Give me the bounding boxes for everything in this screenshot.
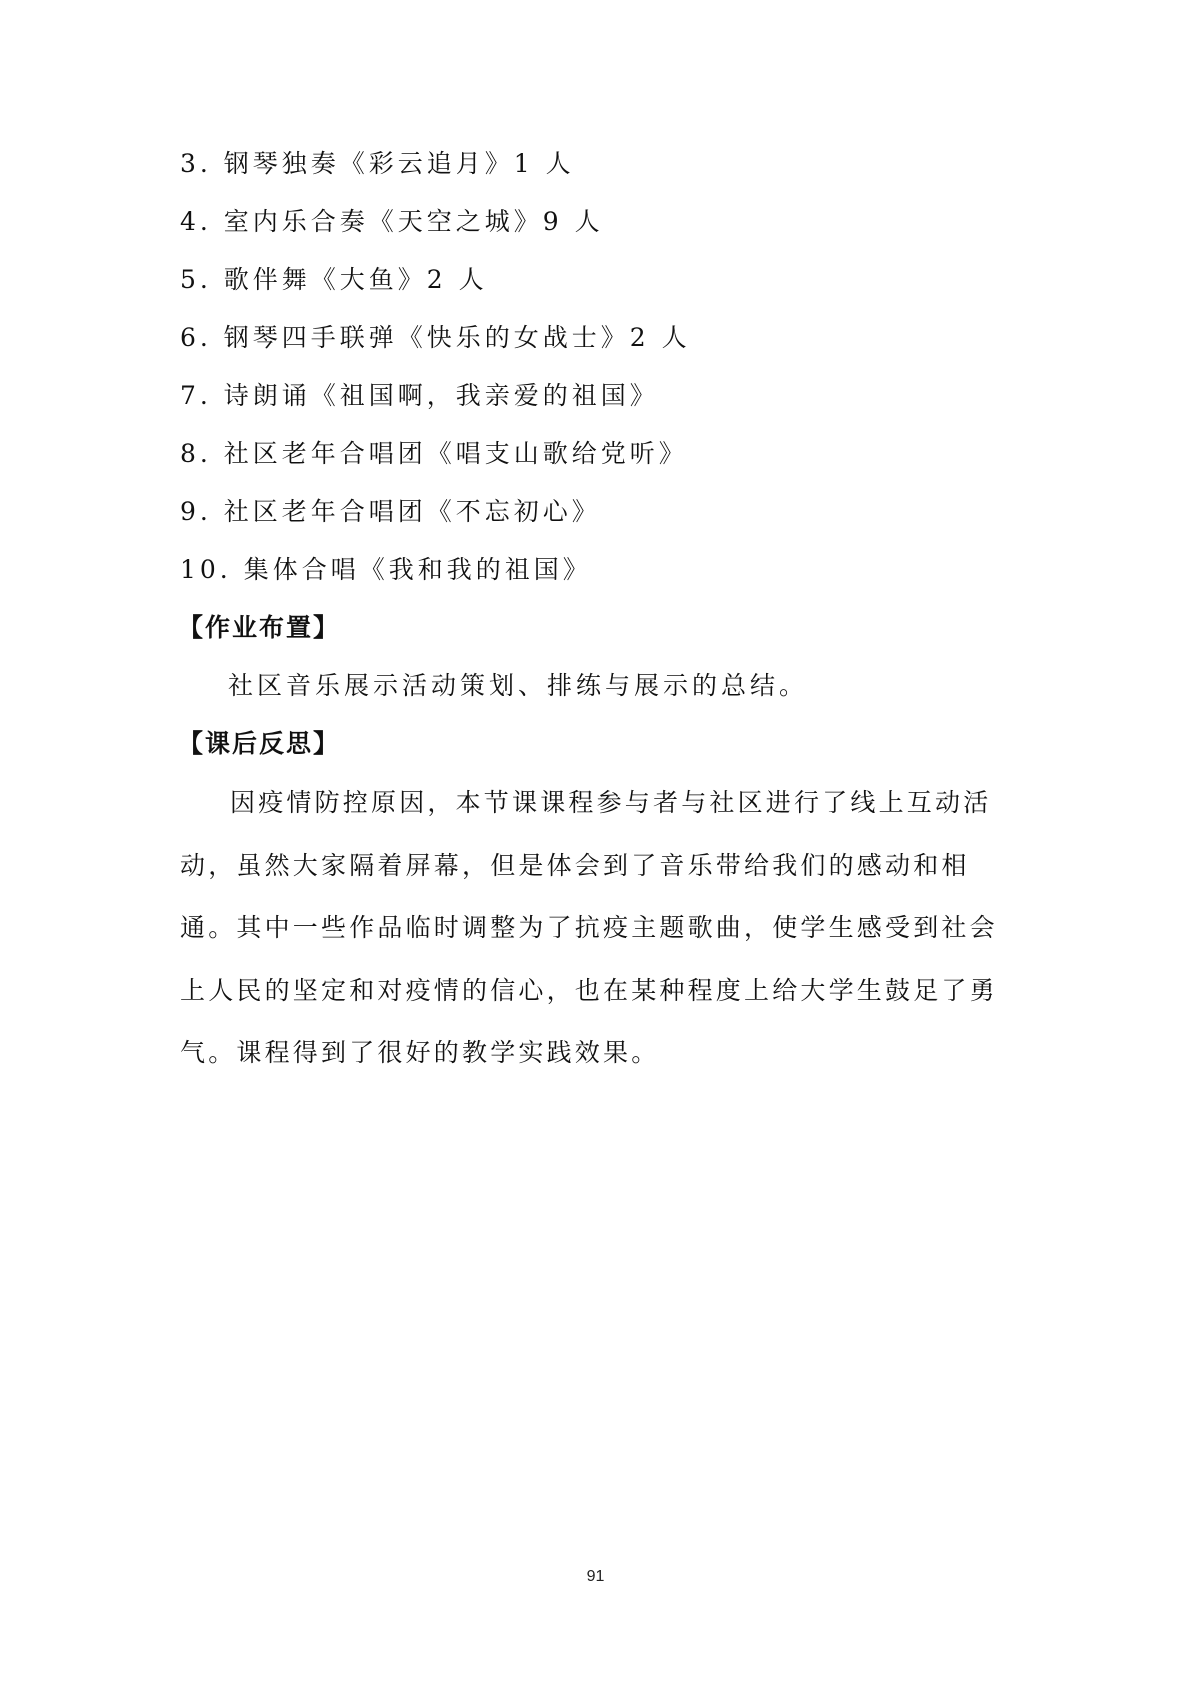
program-item-7: 7. 诗朗诵《祖国啊，我亲爱的祖国》 (180, 380, 659, 412)
page-number: 91 (0, 1568, 1191, 1586)
reflection-heading: 【课后反思】 (178, 728, 340, 760)
program-item-4: 4. 室内乐合奏《天空之城》9 人 (180, 206, 604, 238)
program-item-10: 10. 集体合唱《我和我的祖国》 (180, 554, 592, 586)
program-item-5: 5. 歌伴舞《大鱼》2 人 (180, 264, 488, 296)
program-item-9: 9. 社区老年合唱团《不忘初心》 (180, 496, 601, 528)
program-item-6: 6. 钢琴四手联弹《快乐的女战士》2 人 (180, 322, 691, 354)
document-page: 3. 钢琴独奏《彩云追月》1 人 4. 室内乐合奏《天空之城》9 人 5. 歌伴… (0, 0, 1191, 1684)
homework-text: 社区音乐展示活动策划、排练与展示的总结。 (228, 670, 808, 702)
homework-heading: 【作业布置】 (178, 612, 340, 644)
program-item-8: 8. 社区老年合唱团《唱支山歌给党听》 (180, 438, 688, 470)
program-item-3: 3. 钢琴独奏《彩云追月》1 人 (180, 148, 575, 180)
reflection-paragraph: 因疫情防控原因，本节课课程参与者与社区进行了线上互动活动，虽然大家隔着屏幕，但是… (180, 772, 1010, 1085)
